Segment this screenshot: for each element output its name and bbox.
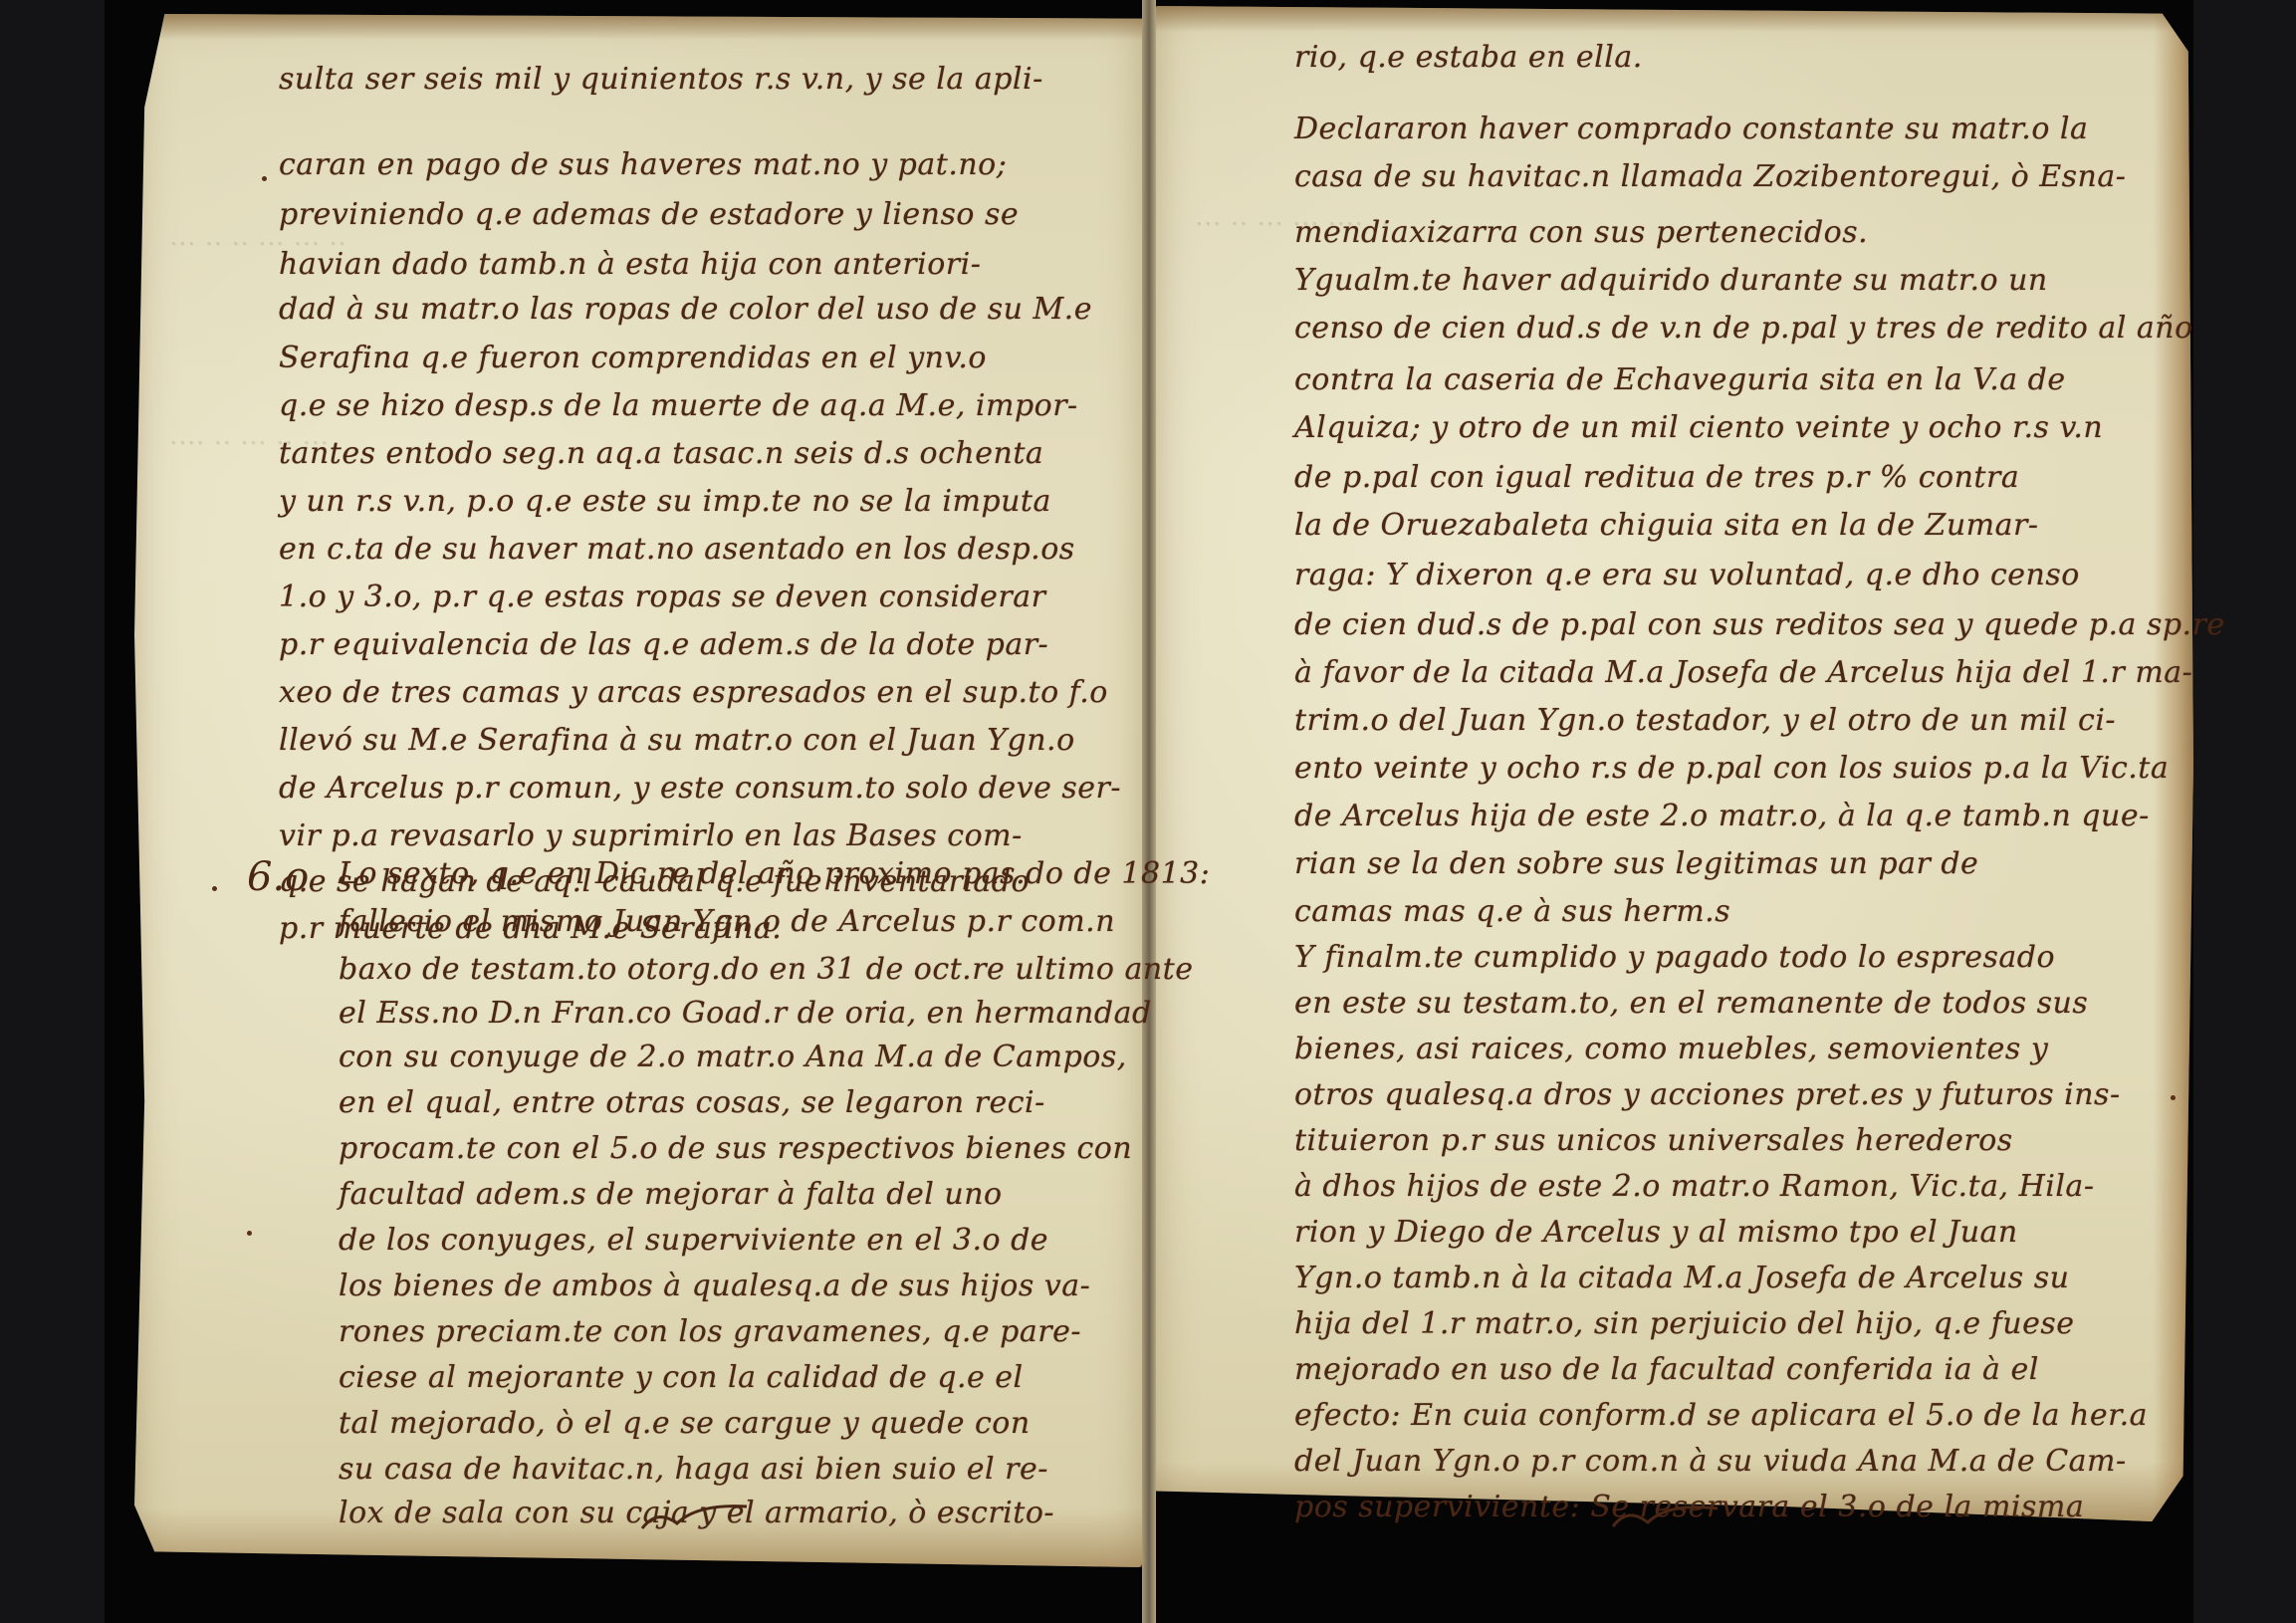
- margin-mark: [212, 886, 217, 891]
- manuscript-line: hija del 1.r matr.o, sin perjuicio del h…: [1294, 1306, 2075, 1341]
- manuscript-line: en este su testam.to, en el remanente de…: [1294, 986, 2088, 1021]
- manuscript-line: de Arcelus hija de este 2.o matr.o, à la…: [1294, 799, 2150, 833]
- rubric-flourish-icon: [637, 1499, 757, 1538]
- margin-mark: [262, 176, 267, 181]
- manuscript-line: procam.te con el 5.o de sus respectivos …: [339, 1131, 1132, 1166]
- manuscript-line: rio, q.e estaba en ella.: [1294, 40, 1643, 75]
- margin-mark: [2171, 1095, 2176, 1100]
- manuscript-line: tituieron p.r sus unicos universales her…: [1294, 1123, 2013, 1158]
- manuscript-line: su casa de havitac.n, haga asi bien suio…: [339, 1452, 1048, 1487]
- manuscript-line: Serafina q.e fueron comprendidas en el y…: [279, 341, 987, 375]
- paragraph-number: 6.o: [247, 854, 309, 900]
- rubric-flourish-icon: [1608, 1499, 1727, 1538]
- manuscript-line: con su conyuge de 2.o matr.o Ana M.a de …: [339, 1040, 1127, 1074]
- manuscript-line: Declararon haver comprado constante su m…: [1294, 112, 2088, 146]
- manuscript-line: q.e se hizo desp.s de la muerte de aq.a …: [279, 388, 1078, 423]
- manuscript-line: dad à su matr.o las ropas de color del u…: [279, 292, 1092, 327]
- manuscript-line: tantes entodo seg.n aq.a tasac.n seis d.…: [279, 436, 1043, 471]
- manuscript-line: havian dado tamb.n à esta hija con anter…: [279, 247, 981, 282]
- manuscript-line: ciese al mejorante y con la calidad de q…: [339, 1360, 1024, 1395]
- manuscript-line: mejorado en uso de la facultad conferida…: [1294, 1352, 2039, 1387]
- top-edge-stain: [134, 14, 1142, 40]
- manuscript-line: vir p.a revasarlo y suprimirlo en las Ba…: [279, 818, 1023, 853]
- margin-mark: [247, 1231, 252, 1236]
- manuscript-line: p.r equivalencia de las q.e adem.s de la…: [279, 627, 1048, 662]
- manuscript-line: de p.pal con igual reditua de tres p.r %…: [1294, 460, 2019, 495]
- top-edge-stain: [1156, 6, 2193, 32]
- manuscript-line: trim.o del Juan Ygn.o testador, y el otr…: [1294, 703, 2116, 738]
- manuscript-line: Y finalm.te cumplido y pagado todo lo es…: [1294, 940, 2055, 975]
- manuscript-line: 1.o y 3.o, p.r q.e estas ropas se deven …: [279, 580, 1045, 614]
- manuscript-line: Ygn.o tamb.n à la citada M.a Josefa de A…: [1294, 1261, 2069, 1295]
- manuscript-line: los bienes de ambos à qualesq.a de sus h…: [339, 1269, 1090, 1303]
- manuscript-line: tal mejorado, ò el q.e se cargue y quede…: [339, 1406, 1031, 1441]
- manuscript-line: bienes, asi raices, como muebles, semovi…: [1294, 1032, 2048, 1066]
- manuscript-line: facultad adem.s de mejorar à falta del u…: [339, 1177, 1003, 1212]
- manuscript-line: de Arcelus p.r comun, y este consum.to s…: [279, 771, 1121, 806]
- manuscript-line: otros qualesq.a dros y acciones pret.es …: [1294, 1077, 2121, 1112]
- manuscript-line: y un r.s v.n, p.o q.e este su imp.te no …: [279, 484, 1051, 519]
- manuscript-line: baxo de testam.to otorg.do en 31 de oct.…: [339, 952, 1193, 987]
- document-viewer: .. ... ... .. .. ... ... .. ... .. .... …: [0, 0, 2296, 1623]
- manuscript-line: Lo sexto, q.e en Dic.re del año proximo …: [339, 856, 1210, 891]
- manuscript-line: en el qual, entre otras cosas, se legaro…: [339, 1085, 1045, 1120]
- manuscript-line: rion y Diego de Arcelus y al mismo tpo e…: [1294, 1215, 2018, 1250]
- manuscript-line: camas mas q.e à sus herm.s: [1294, 894, 1730, 929]
- manuscript-line: efecto: En cuia conform.d se aplicara el…: [1294, 1398, 2148, 1433]
- manuscript-line: xeo de tres camas y arcas espresados en …: [279, 675, 1108, 710]
- manuscript-line: rian se la den sobre sus legitimas un pa…: [1294, 846, 1978, 881]
- manuscript-line: contra la caseria de Echaveguria sita en…: [1294, 362, 2066, 397]
- manuscript-line: caran en pago de sus haveres mat.no y pa…: [279, 147, 1007, 182]
- manuscript-line: en c.ta de su haver mat.no asentado en l…: [279, 532, 1075, 567]
- manuscript-line: censo de cien dud.s de v.n de p.pal y tr…: [1294, 311, 2193, 346]
- manuscript-line: à dhos hijos de este 2.o matr.o Ramon, V…: [1294, 1169, 2094, 1204]
- manuscript-line: Alquiza; y otro de un mil ciento veinte …: [1294, 410, 2103, 445]
- manuscript-line: de los conyuges, el superviviente en el …: [339, 1223, 1048, 1258]
- manuscript-line: ento veinte y ocho r.s de p.pal con los …: [1294, 751, 2169, 786]
- manuscript-line: de cien dud.s de p.pal con sus reditos s…: [1294, 607, 2225, 642]
- manuscript-line: del Juan Ygn.o p.r com.n à su viuda Ana …: [1294, 1444, 2127, 1479]
- manuscript-line: Ygualm.te haver adquirido durante su mat…: [1294, 263, 2048, 298]
- manuscript-line: el Ess.no D.n Fran.co Goad.r de oria, en…: [339, 996, 1152, 1031]
- manuscript-line: previniendo q.e ademas de estadore y lie…: [279, 197, 1019, 232]
- manuscript-line: fallecio el mismo Juan Ygn.o de Arcelus …: [339, 904, 1115, 939]
- manuscript-line: la de Oruezabaleta chiguia sita en la de…: [1294, 508, 2038, 543]
- manuscript-line: llevó su M.e Serafina à su matr.o con el…: [279, 723, 1075, 758]
- manuscript-line: rones preciam.te con los gravamenes, q.e…: [339, 1314, 1081, 1349]
- manuscript-line: raga: Y dixeron q.e era su voluntad, q.e…: [1294, 558, 2080, 592]
- manuscript-line: mendiaxizarra con sus pertenecidos.: [1294, 215, 1868, 250]
- manuscript-line: sulta ser seis mil y quinientos r.s v.n,…: [279, 62, 1043, 97]
- book-gutter: [1142, 0, 1156, 1623]
- manuscript-line: à favor de la citada M.a Josefa de Arcel…: [1294, 655, 2192, 690]
- manuscript-line: casa de su havitac.n llamada Zozibentore…: [1294, 159, 2126, 194]
